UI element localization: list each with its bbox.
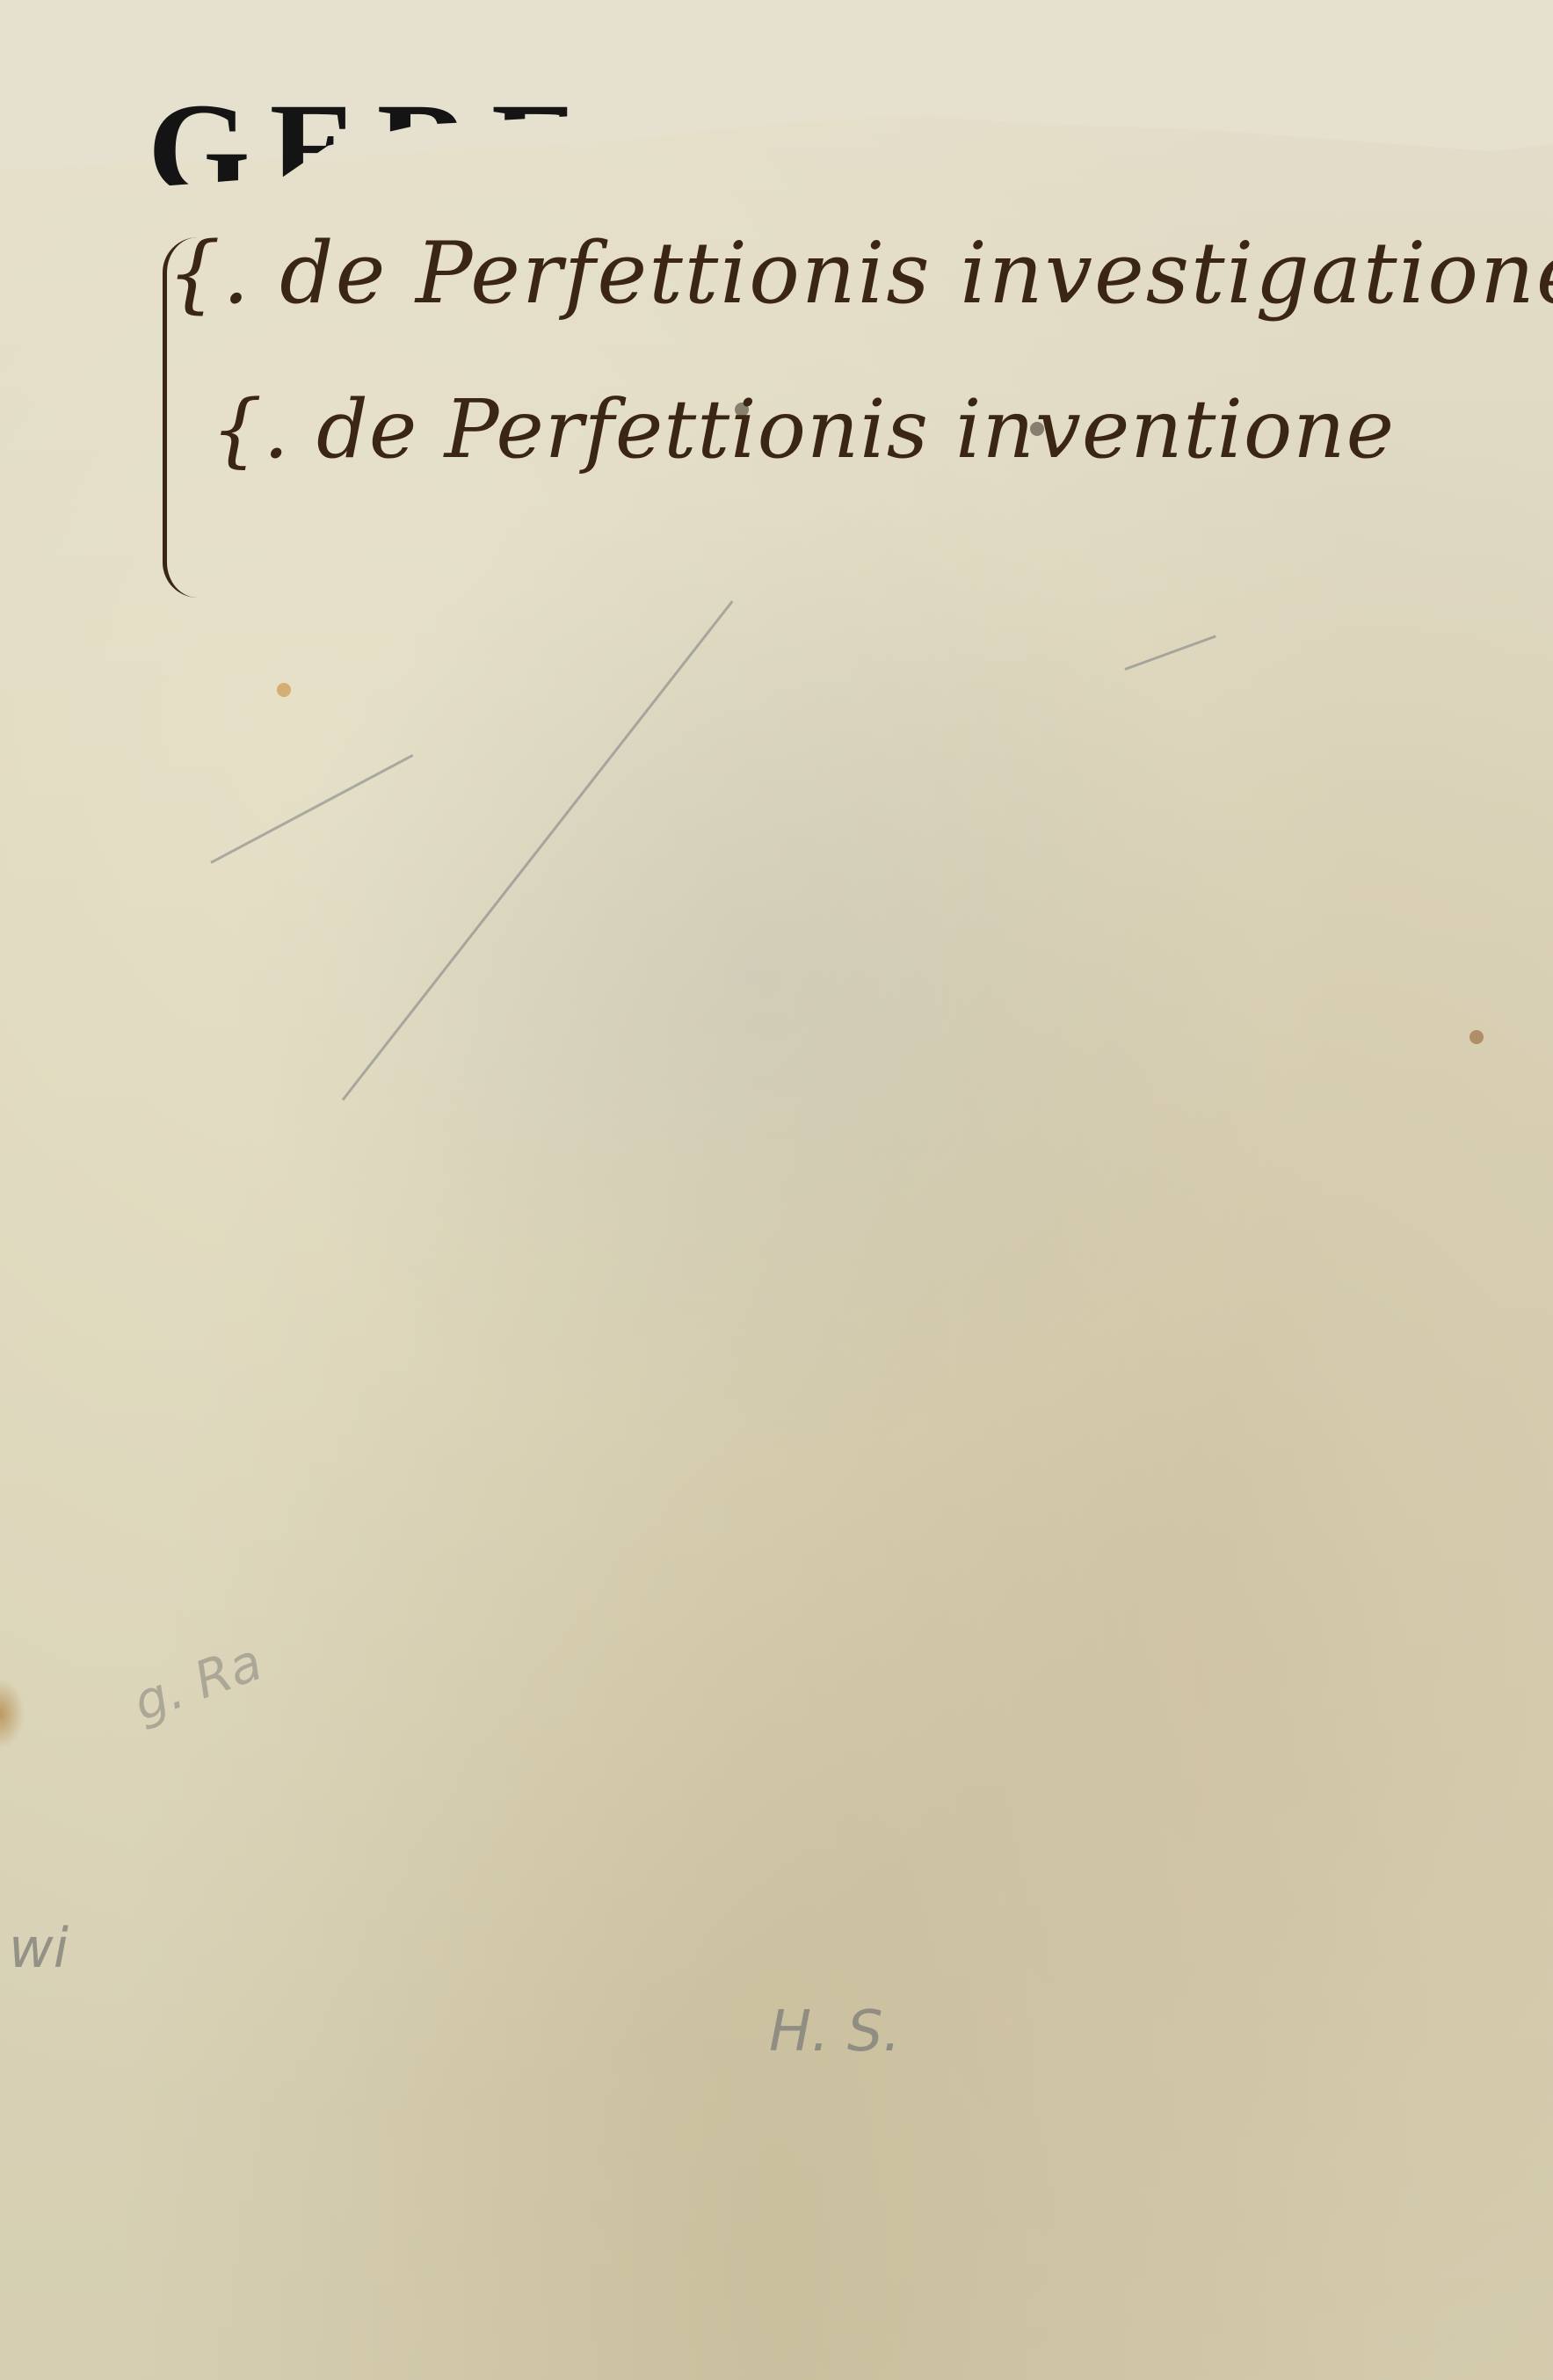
pencil-margin-note: wi xyxy=(9,1916,69,1980)
stain-spot xyxy=(277,683,291,697)
manuscript-line-2: {. de Perfettionis inventione xyxy=(211,382,1395,476)
manuscript-line-1: {. de Perfettionis investigatione xyxy=(167,224,1553,323)
stain-mark xyxy=(0,1679,25,1749)
show-through-text-area xyxy=(229,492,1283,1459)
stain-spot xyxy=(1470,1030,1484,1044)
pencil-initials: H. S. xyxy=(769,1999,901,2064)
document-page: GERE {. de Perfettionis investigatione {… xyxy=(0,0,1553,2380)
pencil-faint-note: g. Ra xyxy=(126,1631,270,1732)
